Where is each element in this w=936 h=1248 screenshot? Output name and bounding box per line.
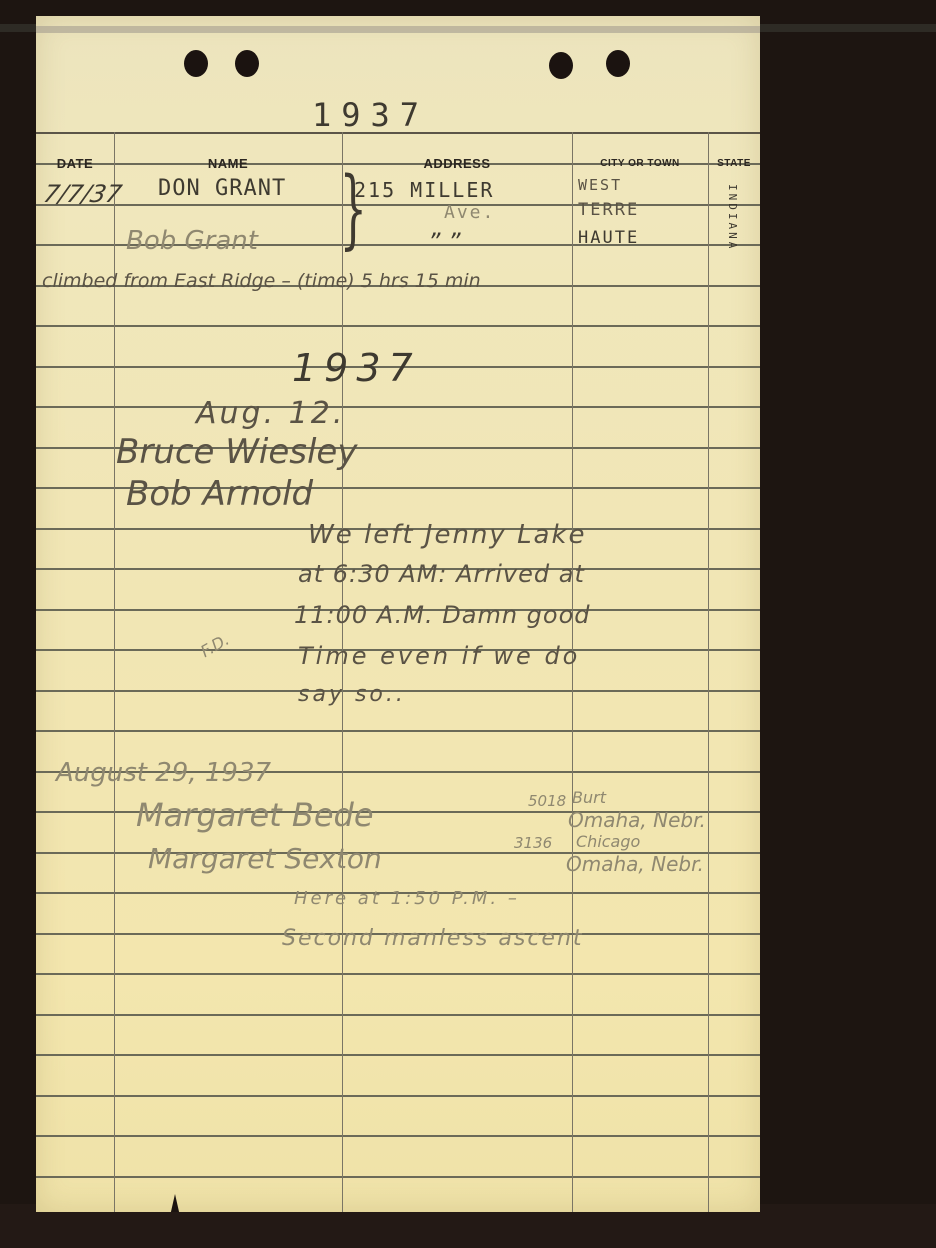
- column-header-state: STATE: [708, 148, 760, 179]
- entry2-note-line-2: at 6:30 AM: Arrived at: [298, 560, 585, 588]
- rule-line: [36, 204, 760, 206]
- rule-line: [36, 1095, 760, 1097]
- entry2-note-line-4: Time even if we do: [298, 642, 580, 670]
- entry2-margin-mark: F.D.: [197, 630, 232, 661]
- rule-line: [36, 1176, 760, 1178]
- entry3-note-line-2: Second manless ascent: [282, 926, 584, 951]
- entry2-name-2: Bob Arnold: [126, 474, 313, 514]
- column-header-city: CITY OR TOWN: [572, 148, 708, 179]
- column-header-name: NAME: [114, 148, 342, 179]
- punch-hole: [606, 50, 630, 77]
- entry1-city-2: TERRE: [578, 200, 639, 220]
- entry1-address-2: Ave.: [444, 202, 495, 223]
- ledger-page: 1937 DATE NAME ADDRESS CITY OR TOWN STAT…: [36, 16, 760, 1212]
- rule-line: [36, 325, 760, 327]
- entry1-state: INDIANA: [726, 184, 739, 251]
- entry1-date: 7/7/37: [41, 180, 124, 208]
- page-year: 1937: [312, 96, 429, 134]
- entry3-address-1: 5018: [528, 792, 566, 810]
- entry3-city-1: Burt: [572, 788, 606, 807]
- entry3-city-3: Chicago: [576, 832, 640, 851]
- rule-line: [36, 1054, 760, 1056]
- rule-line: [36, 132, 760, 134]
- punch-hole: [549, 52, 573, 79]
- rule-line: [572, 132, 573, 1212]
- entry2-name-1: Bruce Wiesley: [116, 432, 357, 472]
- entry3-note-line-1: Here at 1:50 P.M. –: [294, 888, 520, 909]
- rule-line: [36, 406, 760, 408]
- entry1-city-1: WEST: [578, 176, 622, 194]
- rule-line: [36, 1014, 760, 1016]
- punch-hole: [184, 50, 208, 77]
- clip-band: [36, 26, 760, 33]
- rule-line: [36, 973, 760, 975]
- entry1-note: climbed from East Ridge – (time) 5 hrs 1…: [42, 270, 481, 292]
- entry3-address-2: 3136: [514, 834, 552, 852]
- rule-line: [708, 132, 709, 1212]
- entry2-note-line-5: say so..: [298, 682, 406, 707]
- entry3-city-2: Omaha, Nebr.: [568, 808, 706, 832]
- punch-hole: [235, 50, 259, 77]
- entry1-name-2: Bob Grant: [126, 226, 258, 256]
- entry1-address-1: 215 MILLER: [354, 178, 494, 202]
- rule-line: [342, 132, 343, 1212]
- entry1-address-ditto: ” ”: [428, 228, 461, 256]
- entry3-name-1: Margaret Bede: [136, 796, 374, 834]
- entry3-date: August 29, 1937: [56, 758, 271, 788]
- entry2-date: Aug. 12.: [196, 396, 345, 431]
- entry3-name-2: Margaret Sexton: [148, 842, 382, 875]
- entry1-name-1: DON GRANT: [158, 176, 286, 201]
- entry2-note-line-3: 11:00 A.M. Damn good: [294, 601, 591, 629]
- entry3-city-4: Omaha, Nebr.: [566, 852, 704, 876]
- rule-line: [36, 1135, 760, 1137]
- entry1-city-3: HAUTE: [578, 228, 639, 248]
- rule-line: [114, 132, 115, 1212]
- column-header-date: DATE: [36, 148, 114, 179]
- paper-tear: [170, 1194, 180, 1212]
- entry2-note-line-1: We left Jenny Lake: [308, 520, 587, 550]
- rule-line: [36, 730, 760, 732]
- entry2-year: 1937: [292, 346, 421, 390]
- column-header-address: ADDRESS: [342, 148, 572, 179]
